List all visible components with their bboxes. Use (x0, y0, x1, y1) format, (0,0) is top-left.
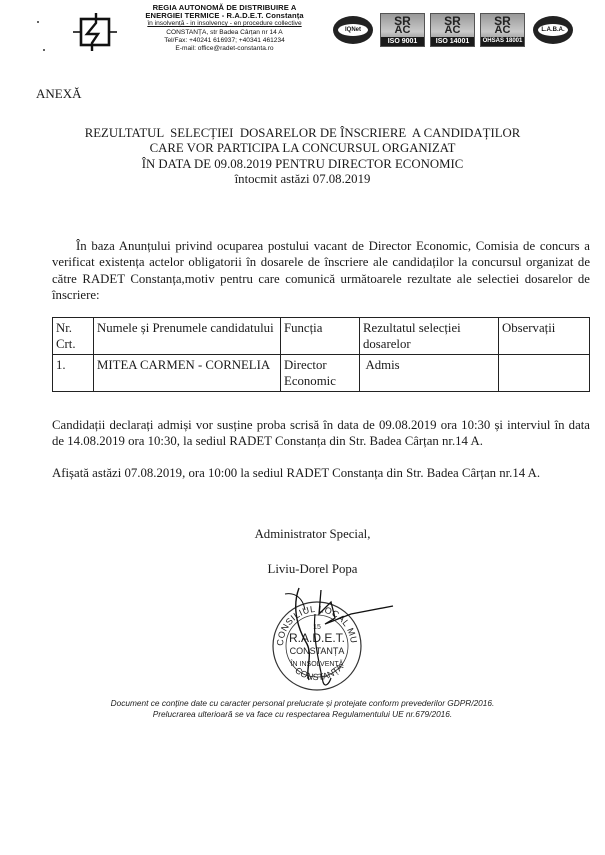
srac-iso14001-icon: SR AC ISO 14001 (430, 13, 475, 47)
table-row: 1. MITEA CARMEN - CORNELIA Director Econ… (53, 355, 590, 392)
org-insolvency-note: în insolvență - in insolvency - en proce… (122, 20, 327, 28)
scan-speck (37, 21, 39, 23)
col-header-name: Numele și Prenumele candidatului (94, 318, 281, 355)
posting-paragraph: Afișată astăzi 07.08.2019, ora 10:00 la … (52, 465, 590, 481)
exam-schedule-paragraph: Candidații declarați admiși vor susține … (52, 417, 590, 450)
radet-logo-icon (73, 13, 117, 51)
svg-text:R.A.D.E.T.: R.A.D.E.T. (289, 631, 345, 645)
srac-iso9001-icon: SR AC ISO 9001 (380, 13, 425, 47)
gdpr-line2: Prelucrarea ulterioară se va face cu res… (0, 709, 605, 720)
results-table: Nr. Crt. Numele și Prenumele candidatulu… (52, 317, 590, 392)
intro-paragraph: În baza Anunțului privind ocuparea postu… (52, 238, 590, 303)
org-email: E-mail: office@radet-constanta.ro (122, 45, 327, 52)
table-header-row: Nr. Crt. Numele și Prenumele candidatulu… (53, 318, 590, 355)
cell-name: MITEA CARMEN - CORNELIA (94, 355, 281, 392)
signatory-name: Liviu-Dorel Popa (0, 562, 605, 577)
srac-ohsas18001-icon: SR AC OHSAS 18001 (480, 13, 525, 47)
title-line3: ÎN DATA DE 09.08.2019 PENTRU DIRECTOR EC… (0, 157, 605, 172)
cell-function: Director Economic (281, 355, 360, 392)
org-phone: Tel/Fax: +40241 616937; +40341 461234 (122, 37, 327, 44)
gdpr-line1: Document ce conține date cu caracter per… (0, 698, 605, 709)
title-date: întocmit astăzi 07.08.2019 (0, 172, 605, 187)
col-header-observations: Observații (499, 318, 590, 355)
certification-logos: IQNet SR AC ISO 9001 SR AC ISO 14001 SR … (333, 13, 603, 47)
document-title: REZULTATUL SELECȚIEI DOSARELOR DE ÎNSCRI… (0, 126, 605, 187)
cell-result: Admis (360, 355, 499, 392)
col-header-nr: Nr. Crt. (53, 318, 94, 355)
iqnet-seal-icon: IQNet (333, 16, 373, 44)
laba-seal-icon: L.A.B.A. (533, 16, 573, 44)
annex-label: ANEXĂ (36, 86, 82, 102)
col-header-result: Rezultatul selecției dosarelor (360, 318, 499, 355)
cell-nr: 1. (53, 355, 94, 392)
cell-observations (499, 355, 590, 392)
title-line1: REZULTATUL SELECȚIEI DOSARELOR DE ÎNSCRI… (0, 126, 605, 141)
org-name-line2: ENERGIEI TERMICE - R.A.D.E.T. Constanța (122, 12, 327, 20)
organization-letterhead: REGIA AUTONOMĂ DE DISTRIBUIRE A ENERGIEI… (122, 4, 327, 52)
official-stamp-icon: CONSILIUL LOCAL MUNICIPAL CONSTANȚA 15 R… (255, 584, 395, 694)
signatory-title: Administrator Special, (0, 527, 605, 542)
title-line2: CARE VOR PARTICIPA LA CONCURSUL ORGANIZA… (0, 141, 605, 156)
col-header-function: Funcția (281, 318, 360, 355)
scan-speck (43, 49, 45, 51)
svg-text:ÎN INSOLVENȚĂ: ÎN INSOLVENȚĂ (290, 659, 344, 668)
gdpr-footer-note: Document ce conține date cu caracter per… (0, 698, 605, 719)
org-address: CONSTANȚA, str Badea Cârțan nr 14 A (122, 29, 327, 36)
